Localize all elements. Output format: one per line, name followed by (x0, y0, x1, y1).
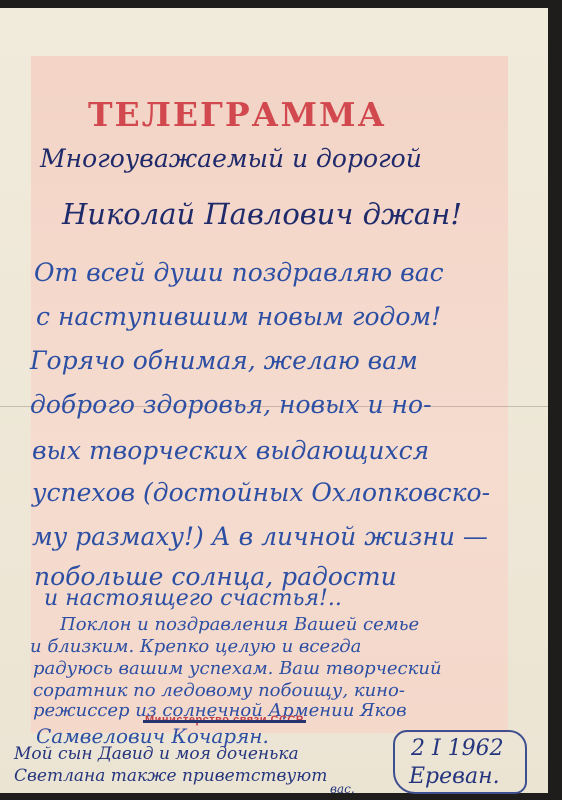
salutation-line-2: Николай Павлович джан! (62, 200, 462, 229)
letter-line: доброго здоровья, новых и но- (30, 392, 432, 417)
letter-line: с наступившим новым годом! (36, 304, 441, 329)
letter-line: вых творческих выдающихся (32, 438, 429, 463)
date-text: 2 I 1962 (411, 736, 504, 761)
letter-line: От всей души поздравляю вас (34, 260, 444, 285)
city-text: Ереван. (409, 764, 500, 789)
letter-line: и близким. Крепко целую и всегда (30, 638, 361, 656)
telegram-paper: ТЕЛЕГРАММА Многоуважаемый и дорогой Нико… (0, 8, 548, 793)
letter-line: и настоящего счастья!.. (44, 588, 342, 610)
postscript-line-2: Светлана также приветствуют (14, 768, 327, 785)
postscript-line-3: вас. (330, 783, 355, 795)
salutation-line-1: Многоуважаемый и дорогой (40, 146, 422, 171)
letter-line: успехов (достойных Охлопковско- (32, 480, 490, 505)
letter-line: Горячо обнимая, желаю вам (30, 348, 418, 373)
letter-line: му размаху!) А в личной жизни — (32, 524, 488, 549)
date-location-box: 2 I 1962 Ереван. (393, 730, 527, 794)
letter-line: Поклон и поздравления Вашей семье (60, 616, 419, 634)
postscript-line-1: Мой сын Давид и моя доченька (14, 746, 299, 763)
letter-line: радуюсь вашим успехам. Ваш творческий (33, 660, 442, 678)
photo-frame: ТЕЛЕГРАММА Многоуважаемый и дорогой Нико… (0, 0, 562, 800)
letter-line: соратник по ледовому побоищу, кино- (33, 682, 405, 700)
signature-line: Самвелович Кочарян. (36, 726, 269, 746)
telegram-header-title: ТЕЛЕГРАММА (88, 98, 386, 131)
